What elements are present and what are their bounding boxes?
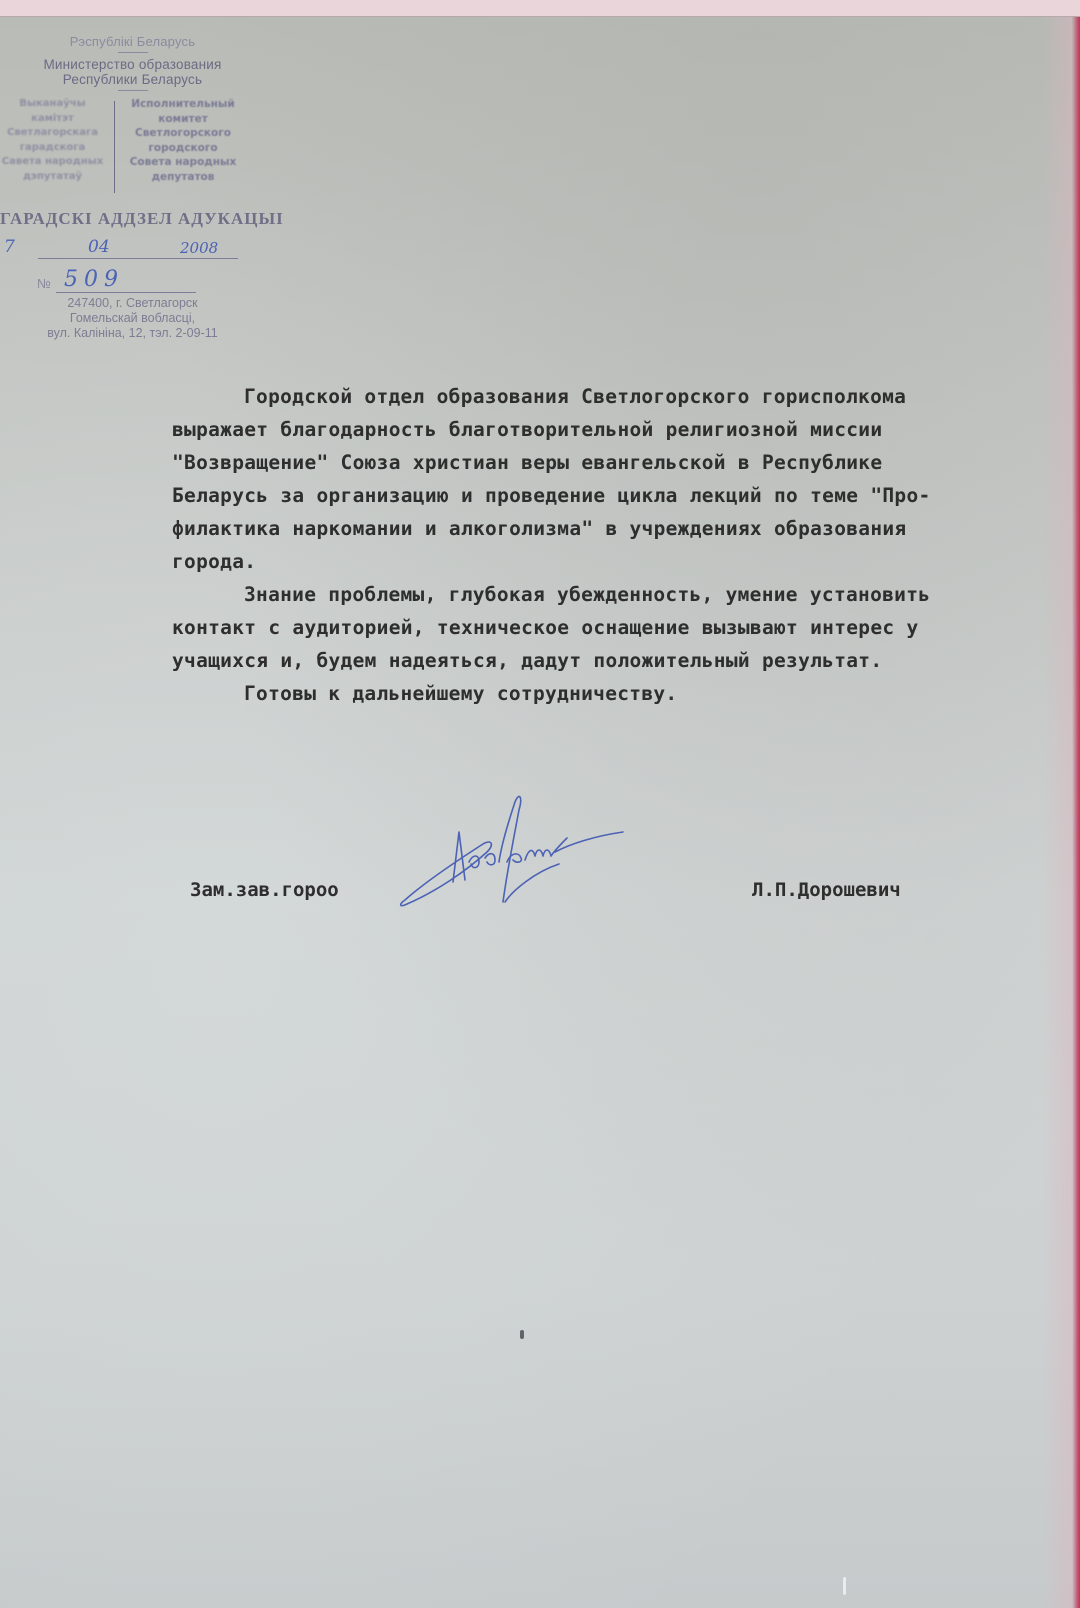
letter-body: Городской отдел образования Светлогорско… [172,380,1077,710]
body-line: учащихся и, будем надеяться, дадут полож… [172,644,1077,677]
handwritten-signature-icon [395,792,645,942]
date-month: 04 [88,237,110,257]
date-day: 7 [4,237,15,257]
letterhead-columns: Выканаўчы камітэт Светлагорскага гарадск… [0,97,265,197]
number-sign: № [37,276,51,291]
address-line: 247400, г. Светлагорск [0,296,265,311]
letterhead-left-column: Выканаўчы камітэт Светлагорскага гарадск… [0,97,105,184]
left-col-line: камітэт [0,112,105,127]
right-col-line: Светлогорского [122,126,244,141]
top-band [0,0,1080,17]
right-col-line: Исполнительный [122,97,244,112]
date-underline [38,258,238,259]
letter-number: № 509 [0,269,255,295]
body-line: "Возвращение" Союза христиан веры еванге… [172,446,1077,479]
column-divider [114,101,115,193]
left-col-line: Савета народных [0,155,105,170]
letterhead-right-column: Исполнительный комитет Светлогорского го… [122,97,244,184]
body-line: Знание проблемы, глубокая убежденность, … [172,578,1077,611]
date-year: 2008 [180,239,218,257]
left-col-line: Светлагорскага [0,126,105,141]
letterhead-republic: Республики Беларусь [0,72,265,87]
paper-speck [520,1330,524,1339]
right-edge-border [1072,17,1080,1608]
right-col-line: Совета народных [122,155,244,170]
document-page: Рэспублікі Беларусь Министерство образов… [0,17,1080,1608]
letterhead-address: 247400, г. Светлагорск Гомельскай воблас… [0,296,265,341]
paper-crease [843,1577,846,1595]
body-line: контакт с аудиторией, техническое оснаще… [172,611,1077,644]
address-line: вул. Калініна, 12, тэл. 2-09-11 [0,326,265,341]
department-name: ГАРАДСКІ АДДЗЕЛ АДУКАЦЫІ [0,209,284,229]
body-line: выражает благодарность благотворительной… [172,413,1077,446]
left-col-line: дэпутатаў [0,170,105,185]
number-underline [56,292,196,293]
right-col-line: комитет [122,112,244,127]
body-line: Городской отдел образования Светлогорско… [172,380,1077,413]
right-edge-glow [1042,17,1072,1608]
letter-date: 7 04 2008 [0,237,255,261]
letterhead-rule [118,52,148,53]
number-value: 509 [64,267,124,292]
right-col-line: депутатов [122,170,244,185]
signatory-title: Зам.зав.гороо [190,879,339,901]
left-col-line: Выканаўчы [0,97,105,112]
left-col-line: гарадскога [0,141,105,156]
right-col-line: городского [122,141,244,156]
body-line: города. [172,545,1077,578]
body-line: Готовы к дальнейшему сотрудничеству. [172,677,1077,710]
letterhead-rule [118,90,148,91]
body-line: Беларусь за организацию и проведение цик… [172,479,1077,512]
signatory-name: Л.П.Дорошевич [752,879,901,901]
letterhead-line1: Рэспублікі Беларусь [0,34,265,49]
letterhead-ministry: Министерство образования [0,57,265,72]
address-line: Гомельскай вобласці, [0,311,265,326]
body-line: филактика наркомании и алкоголизма" в уч… [172,512,1077,545]
letterhead-stamp: Рэспублікі Беларусь Министерство образов… [0,34,265,197]
